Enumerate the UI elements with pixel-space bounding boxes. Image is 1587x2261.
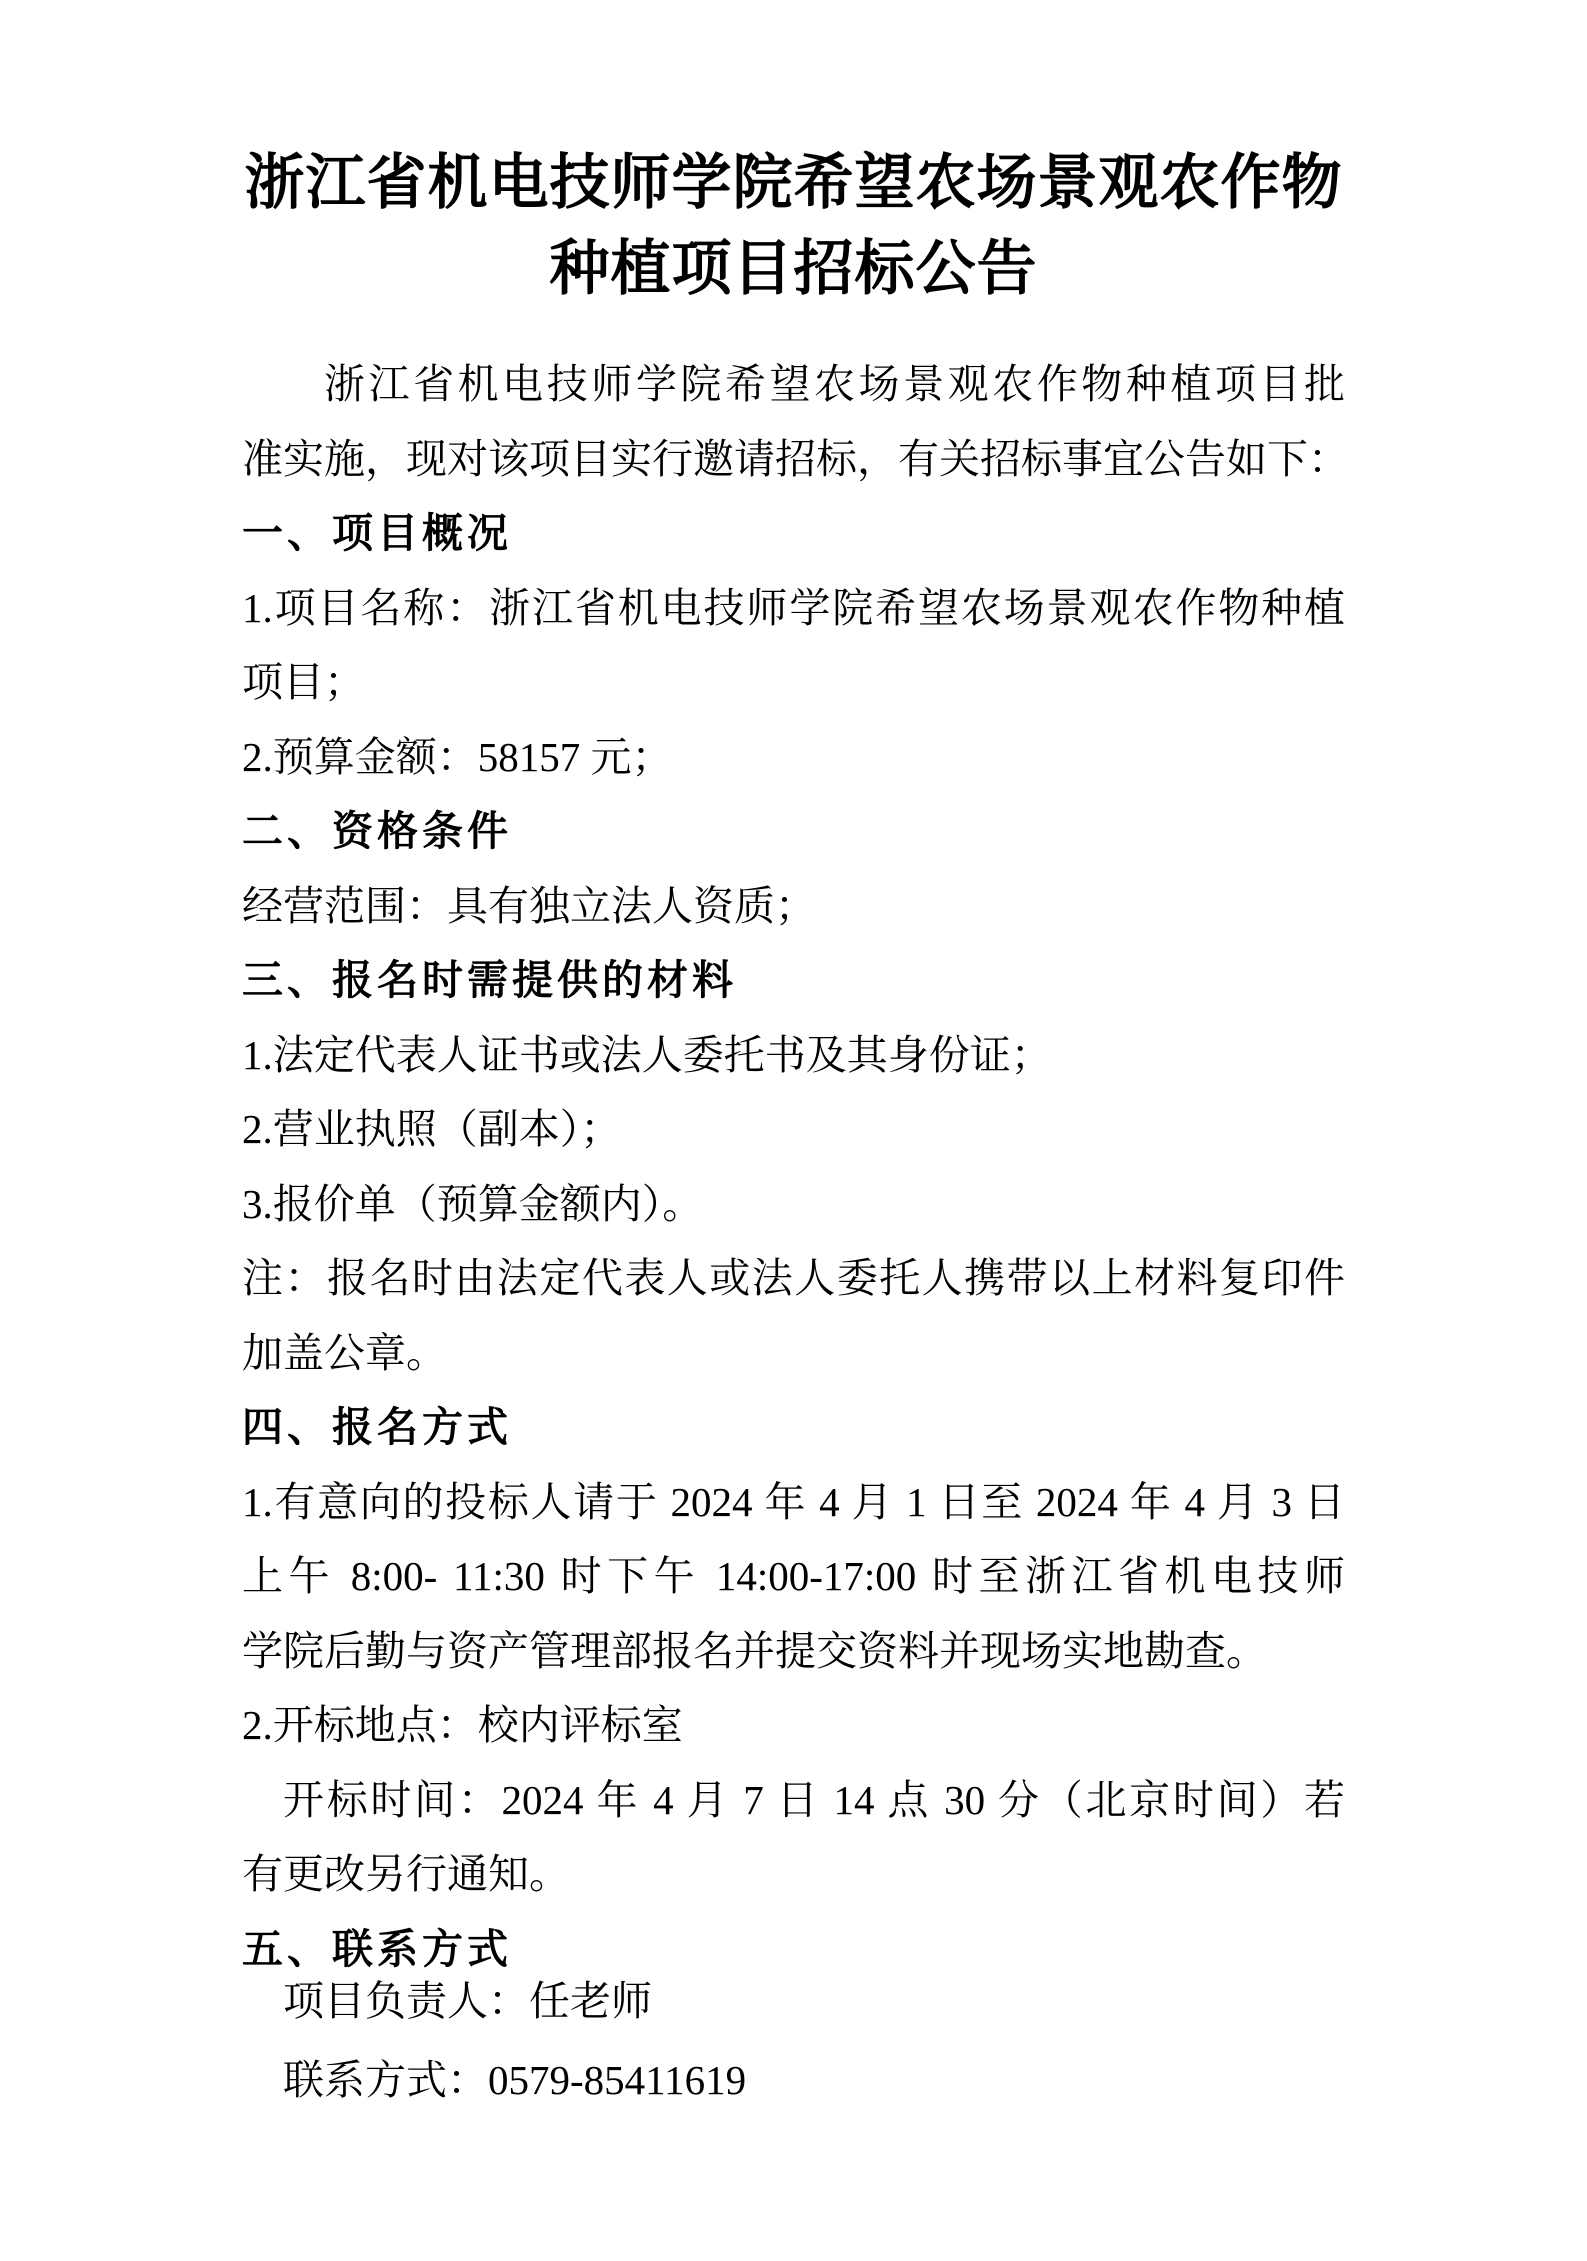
paragraph-line: 项目； [242,645,1345,720]
section-heading-3: 三、报名时需提供的材料 [242,943,1345,1018]
paragraph-line: 准实施，现对该项目实行邀请招标，有关招标事宜公告如下： [242,422,1345,497]
title-line-1: 浙江省机电技师学院希望农场景观农作物 [0,140,1587,226]
section-heading-1: 一、项目概况 [242,496,1345,571]
section-heading-2: 二、资格条件 [242,794,1345,869]
section-heading-4: 四、报名方式 [242,1390,1345,1465]
material-item-3: 3.报价单（预算金额内）。 [242,1167,1345,1242]
registration-line: 1.有意向的投标人请于 2024 年 4 月 1 日至 2024 年 4 月 3… [242,1465,1345,1540]
material-item-2: 2.营业执照（副本）； [242,1092,1345,1167]
note-line: 加盖公章。 [242,1316,1345,1391]
bid-opening-time-line: 开标时间：2024 年 4 月 7 日 14 点 30 分（北京时间）若 [242,1763,1345,1838]
material-item-1: 1.法定代表人证书或法人委托书及其身份证； [242,1018,1345,1093]
contact-phone-line: 联系方式：0579-85411619 [242,2043,1345,2118]
budget-line: 2.预算金额：58157 元； [242,720,1345,795]
title-line-2: 种植项目招标公告 [0,226,1587,312]
registration-line: 上午 8:00- 11:30 时下午 14:00-17:00 时至浙江省机电技师 [242,1539,1345,1614]
registration-line: 学院后勤与资产管理部报名并提交资料并现场实地勘查。 [242,1614,1345,1689]
document-title: 浙江省机电技师学院希望农场景观农作物 种植项目招标公告 [0,140,1587,312]
paragraph-line: 经营范围：具有独立法人资质； [242,869,1345,944]
note-line: 注：报名时由法定代表人或法人委托人携带以上材料复印件 [242,1241,1345,1316]
bid-opening-time-line: 有更改另行通知。 [242,1837,1345,1912]
contact-person-line: 项目负责人：任老师 [242,1964,1345,2039]
document-page: 浙江省机电技师学院希望农场景观农作物 种植项目招标公告 浙江省机电技师学院希望农… [0,0,1587,2261]
paragraph-line: 浙江省机电技师学院希望农场景观农作物种植项目批 [242,347,1345,422]
bid-opening-place-line: 2.开标地点：校内评标室 [242,1688,1345,1763]
document-body: 浙江省机电技师学院希望农场景观农作物种植项目批 准实施，现对该项目实行邀请招标，… [242,347,1345,2117]
paragraph-line: 1.项目名称：浙江省机电技师学院希望农场景观农作物种植 [242,571,1345,646]
